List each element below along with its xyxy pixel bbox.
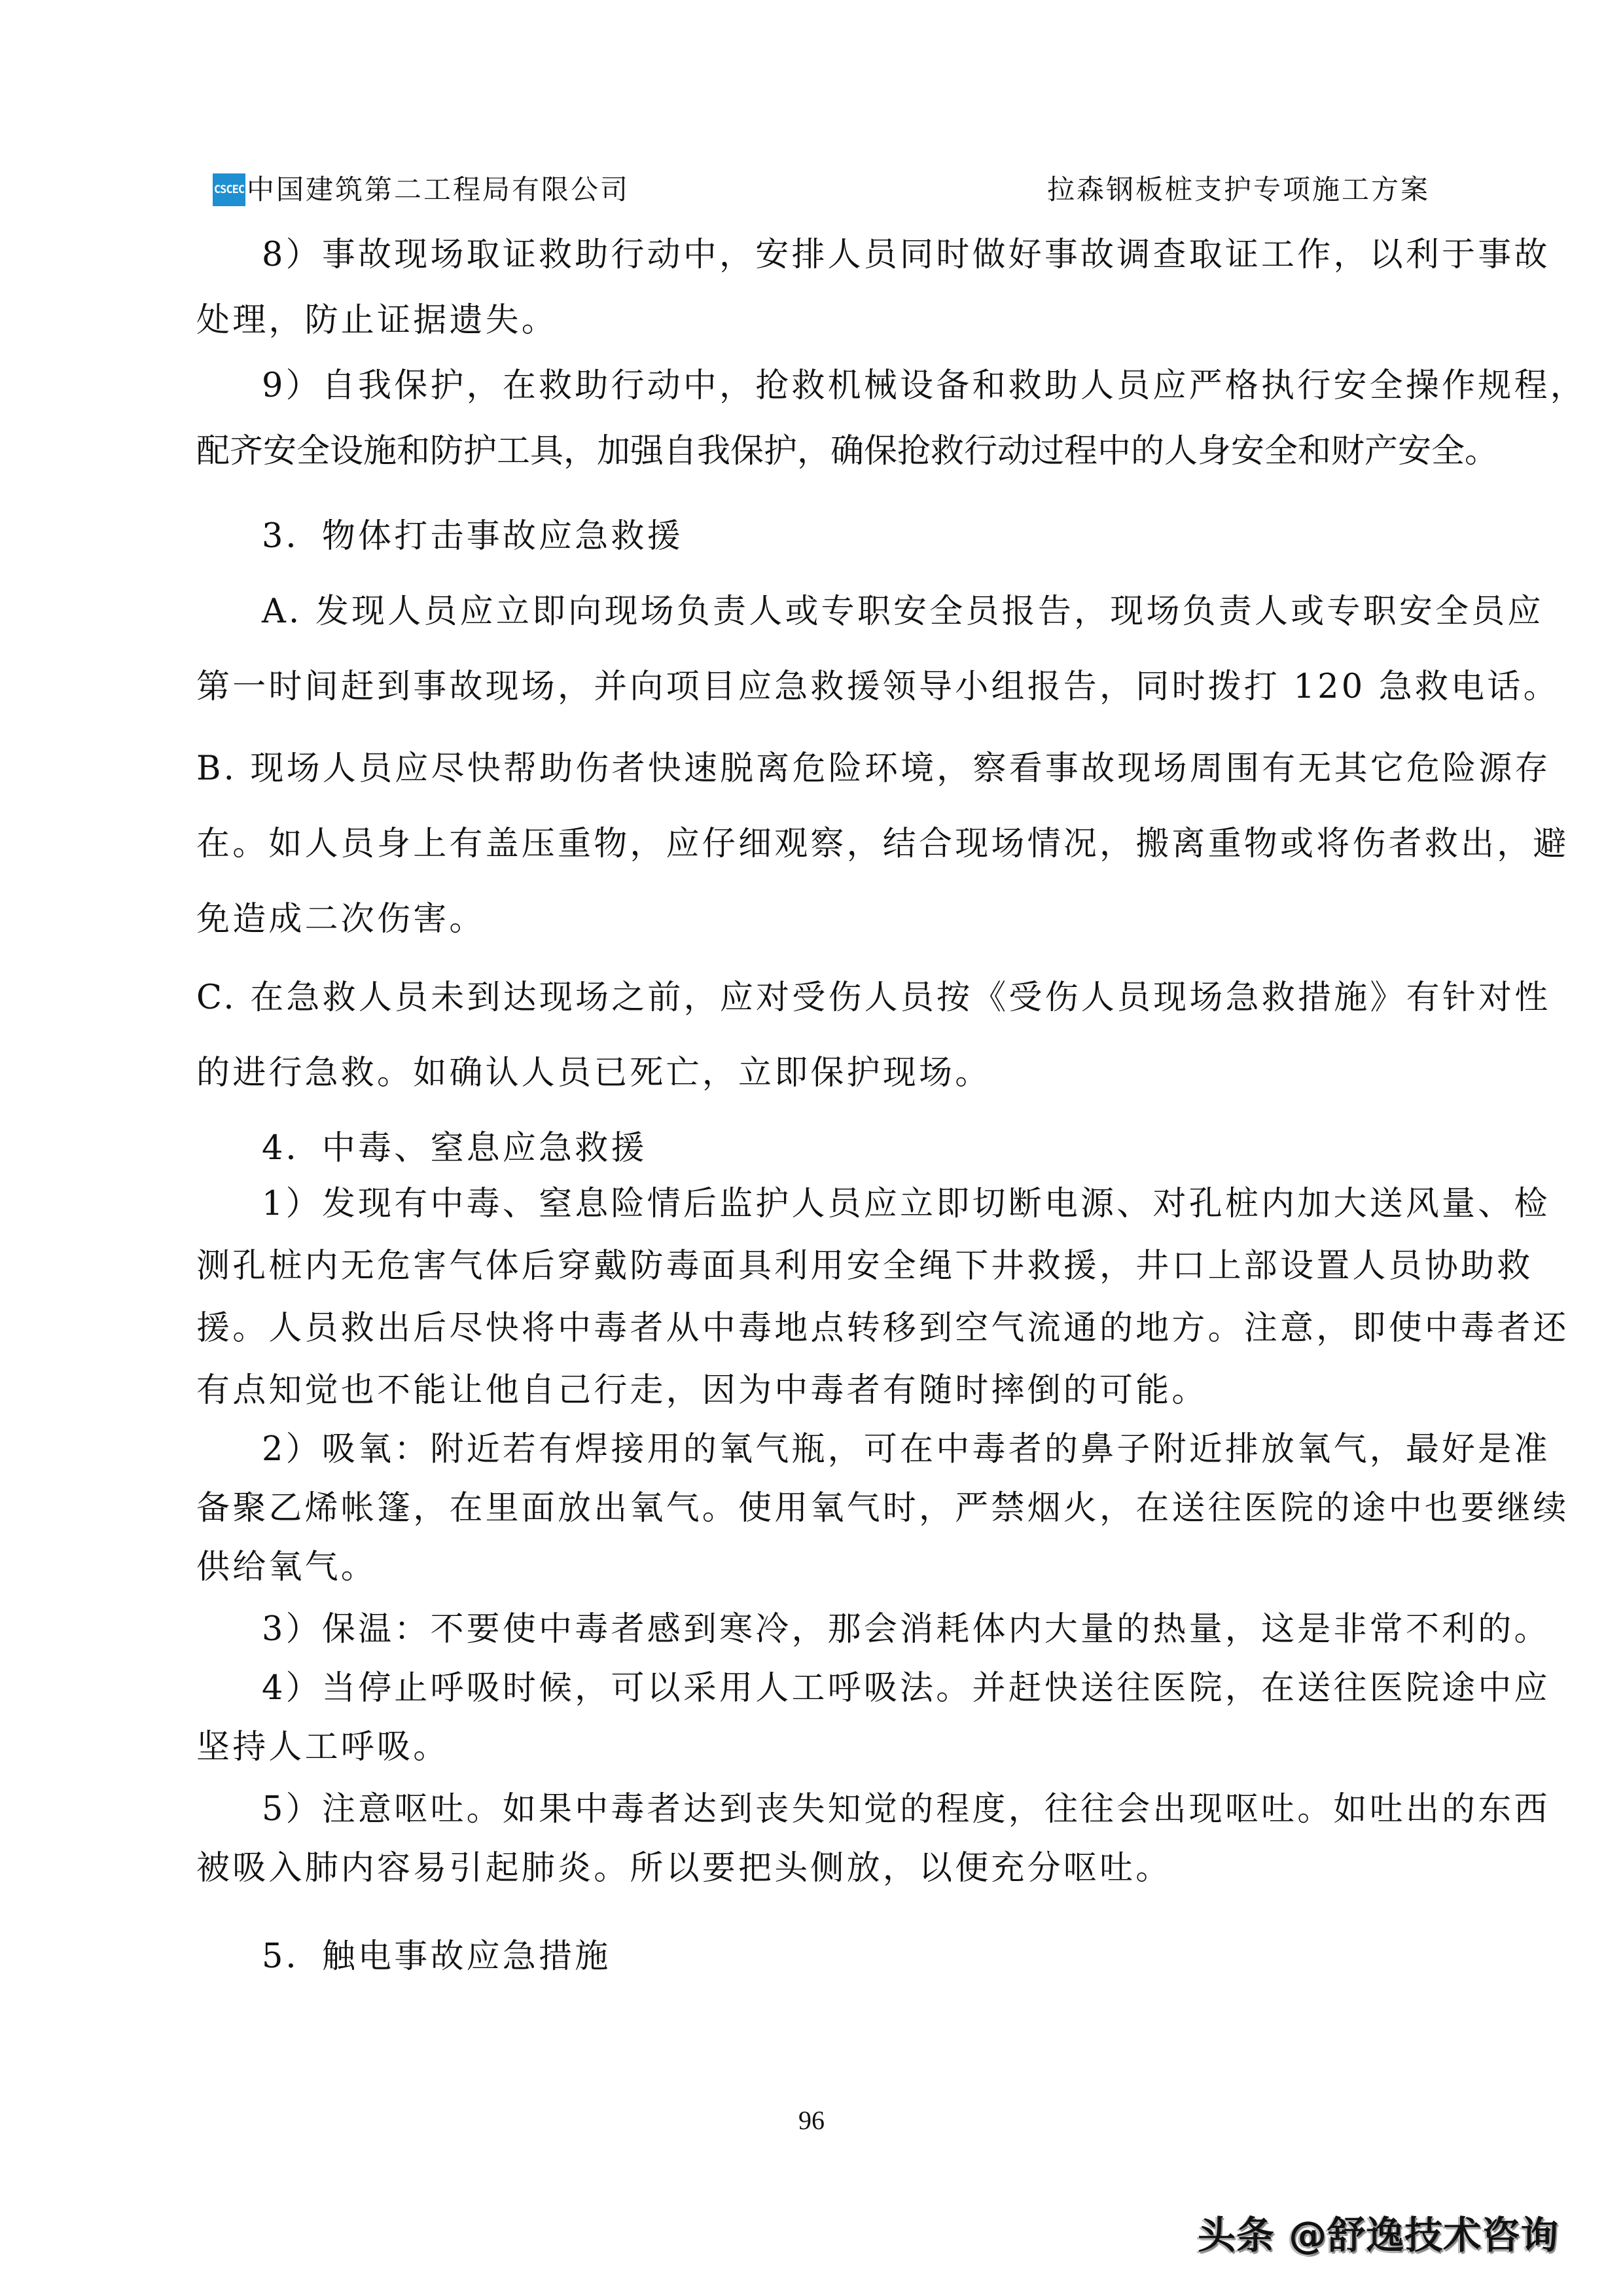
paragraph-line: C. 在急救人员未到达现场之前，应对受伤人员按《受伤人员现场急救措施》有针对性 bbox=[196, 975, 1433, 1021]
paragraph-line: 8）事故现场取证救助行动中，安排人员同时做好事故调查取证工作，以利于事故 bbox=[262, 232, 1433, 278]
logo-text: CSCEC bbox=[214, 185, 244, 196]
paragraph-line: 2）吸氧：附近若有焊接用的氧气瓶，可在中毒者的鼻子附近排放氧气，最好是准 bbox=[262, 1427, 1433, 1473]
document-title: 拉森钢板桩支护专项施工方案 bbox=[1047, 172, 1430, 207]
paragraph-line: 9）自我保护，在救助行动中，抢救机械设备和救助人员应严格执行安全操作规程， bbox=[262, 363, 1433, 409]
section-heading: 3．物体打击事故应急救援 bbox=[262, 514, 1433, 560]
paragraph-line: 测孔桩内无危害气体后穿戴防毒面具利用安全绳下井救援，井口上部设置人员协助救 bbox=[196, 1244, 1433, 1289]
watermark: 头条 @舒逸技术咨询 bbox=[1198, 2211, 1559, 2259]
page-header: CSCEC 中国建筑第二工程局有限公司 拉森钢板桩支护专项施工方案 bbox=[213, 167, 1430, 213]
paragraph-line: 援。人员救出后尽快将中毒者从中毒地点转移到空气流通的地方。注意，即使中毒者还 bbox=[196, 1306, 1433, 1352]
section-heading: 5．触电事故应急措施 bbox=[262, 1934, 1433, 1980]
cscec-logo-icon: CSCEC bbox=[213, 173, 245, 206]
paragraph-line: 3）保温：不要使中毒者感到寒冷，那会消耗体内大量的热量，这是非常不利的。 bbox=[262, 1607, 1433, 1653]
paragraph-line: 5）注意呕吐。如果中毒者达到丧失知觉的程度，往往会出现呕吐。如吐出的东西 bbox=[262, 1787, 1433, 1833]
paragraph-line: 第一时间赶到事故现场，并向项目应急救援领导小组报告，同时拨打 120 急救电话。 bbox=[196, 664, 1433, 710]
paragraph-line: 4）当停止呼吸时候，可以采用人工呼吸法。并赶快送往医院，在送往医院途中应 bbox=[262, 1666, 1433, 1712]
paragraph-line: 被吸入肺内容易引起肺炎。所以要把头侧放，以便充分呕吐。 bbox=[196, 1846, 1433, 1892]
paragraph-line: 在。如人员身上有盖压重物，应仔细观察，结合现场情况，搬离重物或将伤者救出，避 bbox=[196, 821, 1433, 867]
paragraph-line: 处理，防止证据遗失。 bbox=[196, 298, 1433, 344]
paragraph-line: 供给氧气。 bbox=[196, 1545, 1433, 1590]
page-number: 96 bbox=[779, 2102, 844, 2139]
document-page: CSCEC 中国建筑第二工程局有限公司 拉森钢板桩支护专项施工方案 8）事故现场… bbox=[0, 0, 1623, 2296]
company-name: 中国建筑第二工程局有限公司 bbox=[247, 172, 630, 207]
paragraph-line: 坚持人工呼吸。 bbox=[196, 1725, 1433, 1770]
paragraph-line: 免造成二次伤害。 bbox=[196, 897, 1433, 942]
paragraph-line: 的进行急救。如确认人员已死亡，立即保护现场。 bbox=[196, 1050, 1433, 1096]
paragraph-line: A. 发现人员应立即向现场负责人或专职安全员报告，现场负责人或专职安全员应 bbox=[262, 589, 1433, 635]
paragraph-line: 备聚乙烯帐篷，在里面放出氧气。使用氧气时，严禁烟火，在送往医院的途中也要继续 bbox=[196, 1486, 1433, 1532]
paragraph-line: 配齐安全设施和防护工具，加强自我保护，确保抢救行动过程中的人身安全和财产安全。 bbox=[196, 429, 1433, 475]
paragraph-line: 1）发现有中毒、窒息险情后监护人员应立即切断电源、对孔桩内加大送风量、检 bbox=[262, 1181, 1433, 1227]
paragraph-line: B. 现场人员应尽快帮助伤者快速脱离危险环境，察看事故现场周围有无其它危险源存 bbox=[196, 746, 1433, 792]
paragraph-line: 有点知觉也不能让他自己行走，因为中毒者有随时摔倒的可能。 bbox=[196, 1368, 1433, 1414]
section-heading: 4．中毒、窒息应急救援 bbox=[262, 1126, 1433, 1172]
